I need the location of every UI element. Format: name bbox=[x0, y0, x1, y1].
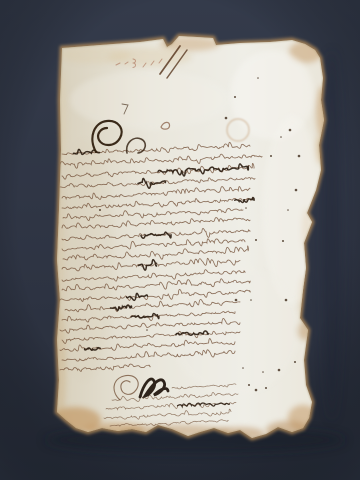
photo-stage: Faded 18th-century cursive manuscript pa… bbox=[0, 0, 360, 480]
manuscript-photo-figure: Faded 18th-century cursive manuscript pa… bbox=[0, 0, 360, 480]
manuscript-photo bbox=[0, 0, 360, 480]
